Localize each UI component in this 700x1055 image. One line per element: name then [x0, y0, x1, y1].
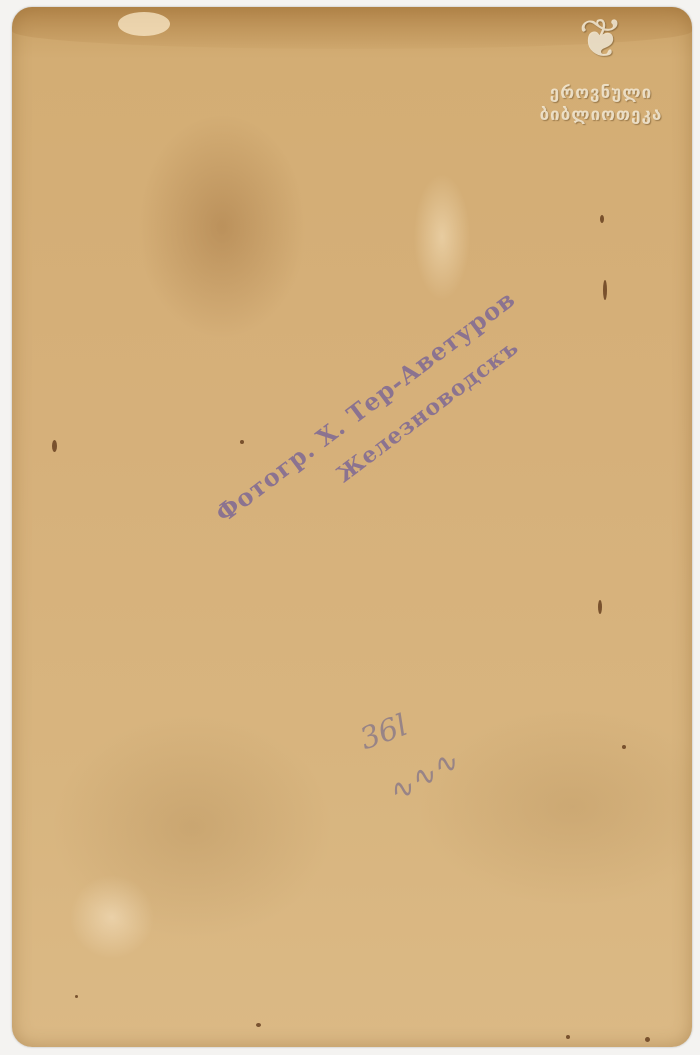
foxing-spot: [603, 280, 607, 300]
library-watermark: ❦ ეროვნული ბიბლიოთეკა: [516, 4, 686, 126]
foxing-spot: [75, 995, 78, 998]
foxing-spot: [645, 1037, 650, 1042]
foxing-spot: [598, 600, 602, 614]
foxing-spot: [622, 745, 626, 749]
foxing-spot: [566, 1035, 570, 1039]
paper-scuff: [118, 12, 170, 36]
watermark-line1: ეროვნული: [516, 82, 686, 104]
wheat-book-icon: ❦: [516, 4, 686, 82]
watermark-line2: ბიბლიოთეკა: [516, 104, 686, 126]
foxing-spot: [52, 440, 57, 452]
photo-card-back: [12, 7, 692, 1047]
foxing-spot: [240, 440, 244, 444]
foxing-spot: [256, 1023, 261, 1027]
foxing-spot: [600, 215, 604, 223]
